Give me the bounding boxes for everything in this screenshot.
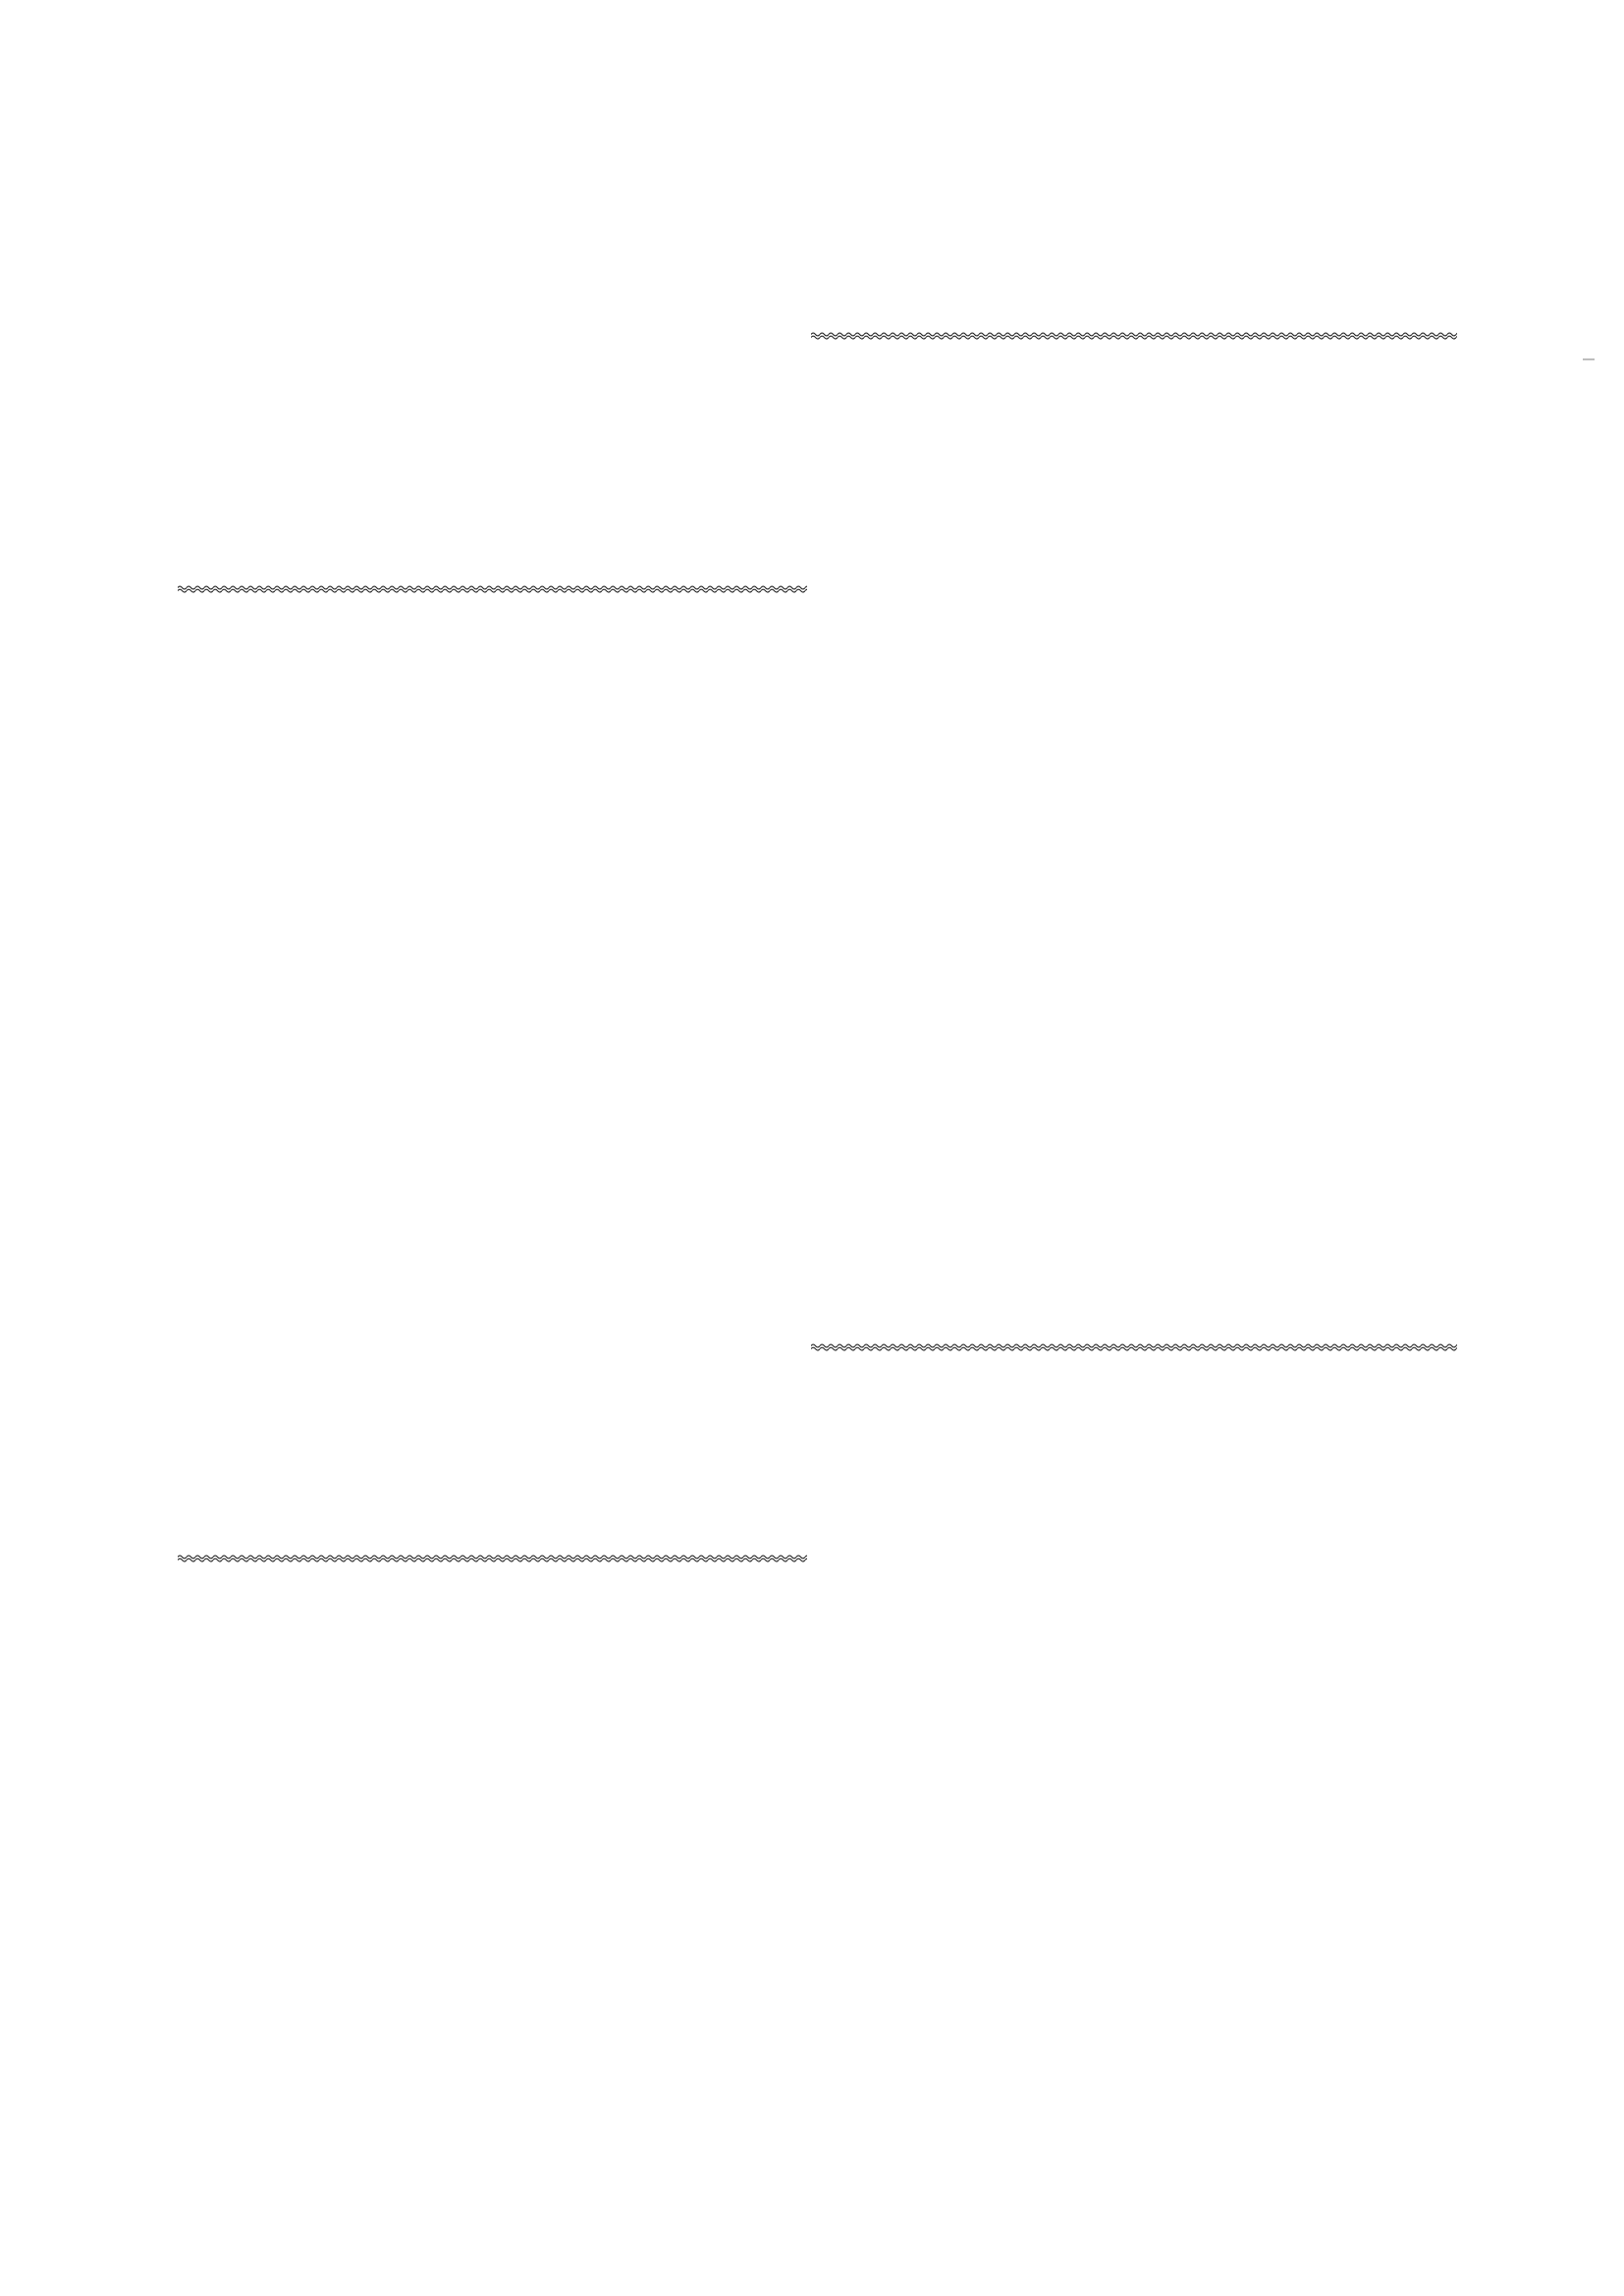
section-break xyxy=(178,568,807,610)
timeline-row xyxy=(811,1664,1457,1706)
timeline-row xyxy=(811,1200,1457,1242)
timeline-row xyxy=(178,1410,807,1452)
timeline-row xyxy=(178,483,807,525)
year-row xyxy=(178,231,807,273)
year-row xyxy=(178,905,807,948)
timeline-row xyxy=(178,1916,807,1958)
timeline-row xyxy=(811,1242,1457,1285)
timeline-row xyxy=(178,1031,807,1073)
timeline-row xyxy=(178,1116,807,1158)
timeline-row xyxy=(178,1790,807,1832)
timeline-row xyxy=(178,1621,807,1664)
timeline-row xyxy=(811,1621,1457,1664)
timeline-row xyxy=(811,231,1457,273)
scan-artifact xyxy=(1583,358,1595,360)
timeline-row xyxy=(178,315,807,357)
timeline-row xyxy=(811,483,1457,525)
timeline-row xyxy=(178,442,807,484)
timeline-row xyxy=(178,1495,807,1537)
right-column xyxy=(811,231,1457,2043)
timeline-row xyxy=(811,989,1457,1031)
timeline-row xyxy=(178,1452,807,1495)
timeline-row xyxy=(178,1242,807,1285)
timeline-row xyxy=(178,1579,807,1621)
wavy-divider xyxy=(178,584,807,594)
wavy-divider xyxy=(811,331,1457,341)
timeline-row xyxy=(178,863,807,905)
timeline-row xyxy=(178,1748,807,1790)
timeline-row xyxy=(178,525,807,568)
timeline-row xyxy=(811,1537,1457,1579)
timeline-row xyxy=(178,1158,807,1200)
timeline-row xyxy=(811,947,1457,989)
timeline-row xyxy=(811,1116,1457,1158)
timeline-row xyxy=(178,357,807,400)
timeline-row xyxy=(811,1368,1457,1410)
timeline-row xyxy=(178,610,807,652)
timeline-row xyxy=(811,905,1457,948)
timeline-row xyxy=(178,400,807,442)
section-break xyxy=(811,315,1457,357)
section-break xyxy=(178,1537,807,1579)
timeline-row xyxy=(811,1790,1457,1832)
timeline-row xyxy=(811,1748,1457,1790)
timeline-row xyxy=(178,273,807,315)
timeline-row xyxy=(178,1200,807,1242)
timeline-row xyxy=(811,1831,1457,1874)
timeline-row xyxy=(178,1368,807,1410)
timeline-row xyxy=(178,989,807,1031)
timeline-row xyxy=(811,821,1457,863)
timeline-row xyxy=(178,821,807,863)
timeline-row xyxy=(811,737,1457,779)
timeline-row xyxy=(178,1073,807,1116)
timeline-row xyxy=(811,273,1457,315)
wavy-divider xyxy=(178,1554,807,1563)
timeline-row xyxy=(811,1158,1457,1200)
section-break xyxy=(811,1327,1457,1369)
timeline-row xyxy=(178,694,807,737)
document-page xyxy=(0,0,1624,2296)
timeline-row xyxy=(811,779,1457,821)
timeline-row xyxy=(178,947,807,989)
timeline-row xyxy=(811,1495,1457,1537)
wavy-divider xyxy=(811,1342,1457,1352)
timeline-row xyxy=(811,1410,1457,1452)
timeline-row xyxy=(811,1874,1457,1916)
year-row xyxy=(811,863,1457,905)
timeline-row xyxy=(811,1706,1457,1748)
timeline-row xyxy=(811,694,1457,737)
timeline-row xyxy=(811,357,1457,400)
timeline-row xyxy=(178,2000,807,2043)
timeline-row xyxy=(811,1031,1457,1073)
left-column xyxy=(178,231,807,2043)
timeline-row xyxy=(178,737,807,779)
year-row xyxy=(178,1874,807,1916)
timeline-row xyxy=(178,652,807,694)
timeline-row xyxy=(178,1831,807,1874)
timeline-row xyxy=(811,568,1457,610)
timeline-row xyxy=(178,1706,807,1748)
timeline-row xyxy=(178,1285,807,1327)
timeline-row xyxy=(811,1452,1457,1495)
timeline-row xyxy=(178,779,807,821)
timeline-row xyxy=(811,525,1457,568)
timeline-row xyxy=(811,400,1457,442)
timeline-row xyxy=(811,1579,1457,1621)
timeline-row xyxy=(178,1664,807,1706)
timeline-row xyxy=(811,1073,1457,1116)
timeline-row xyxy=(178,1327,807,1369)
timeline-row xyxy=(811,1285,1457,1327)
timeline-row xyxy=(178,1958,807,2000)
timeline-row xyxy=(811,442,1457,484)
timeline-row xyxy=(811,652,1457,694)
timeline-row xyxy=(811,610,1457,652)
